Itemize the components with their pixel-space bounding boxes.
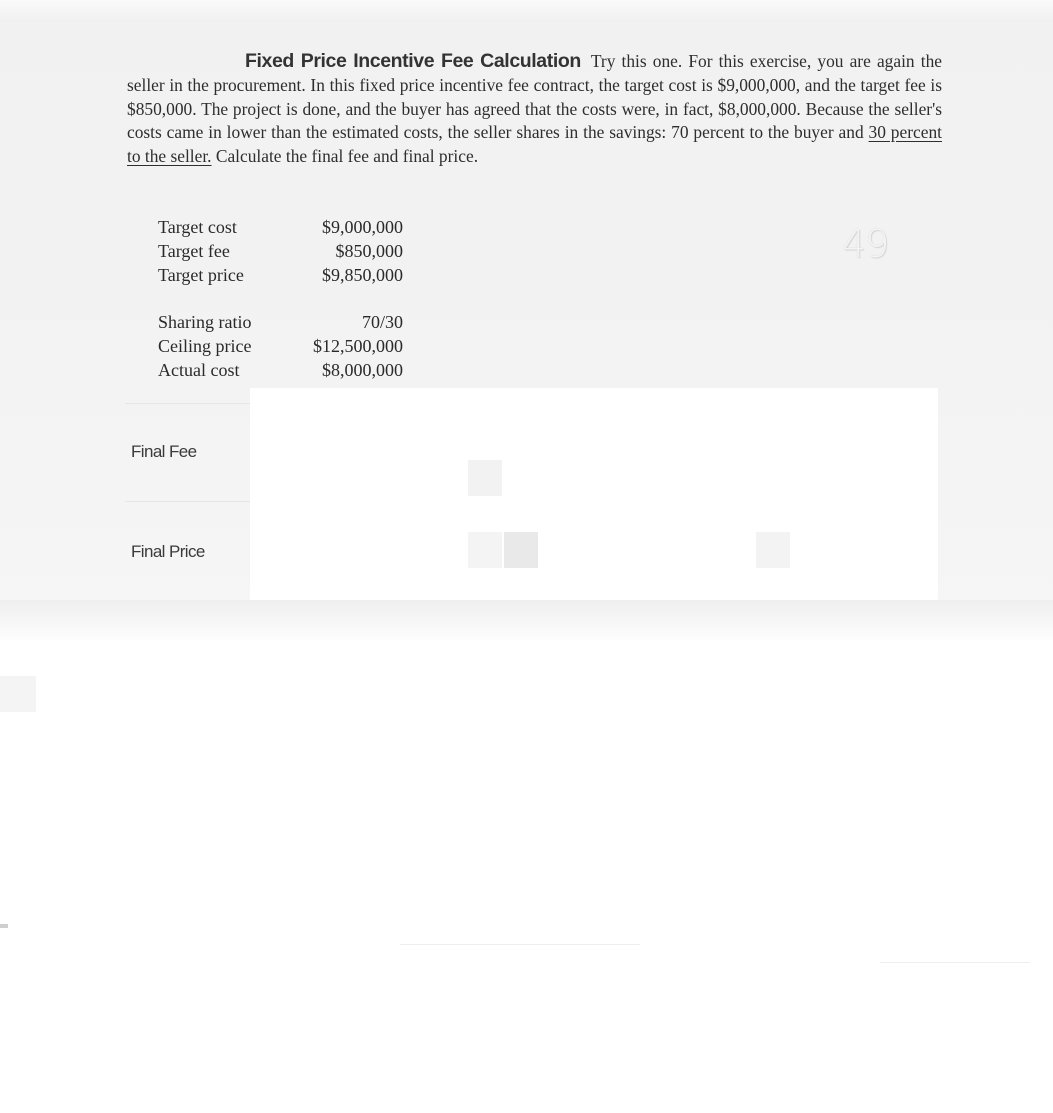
scan-artifact [468,532,502,568]
table-row: Target cost $9,000,000 [158,215,403,239]
scan-bottom-edge [0,600,1053,640]
table-row: Actual cost $8,000,000 [158,358,403,382]
divider-line [400,944,640,945]
table-row: Ceiling price $12,500,000 [158,334,403,358]
final-price-label: Final Price [131,542,205,562]
answer-area[interactable] [250,388,938,603]
actual-cost-label: Actual cost [158,358,298,382]
divider-line [125,403,250,404]
table-row: Target fee $850,000 [158,239,403,263]
target-cost-label: Target cost [158,215,298,239]
scan-top-edge [0,0,1053,22]
target-cost-value: $9,000,000 [298,215,403,239]
scan-artifact [756,532,790,568]
page-number: 49 [842,222,888,266]
target-fee-label: Target fee [158,239,298,263]
final-fee-label: Final Fee [131,442,196,462]
sharing-ratio-label: Sharing ratio [158,310,298,334]
sharing-ratio-value: 70/30 [298,310,403,334]
actual-cost-value: $8,000,000 [298,358,403,382]
target-price-value: $9,850,000 [298,263,403,287]
scan-artifact [504,532,538,568]
table-row: Target price $9,850,000 [158,263,403,287]
ceiling-price-value: $12,500,000 [298,334,403,358]
ceiling-price-label: Ceiling price [158,334,298,358]
exercise-heading: Fixed Price Incentive Fee Calculation [245,50,581,72]
exercise-instruction: Calculate the final fee and final price. [212,146,479,166]
scan-artifact [468,460,502,496]
divider-line [880,962,1030,963]
contract-terms-table: Sharing ratio 70/30 Ceiling price $12,50… [158,310,403,382]
divider-line [125,501,250,502]
target-fee-value: $850,000 [298,239,403,263]
exercise-paragraph: Fixed Price Incentive Fee CalculationTry… [127,50,942,168]
table-row: Sharing ratio 70/30 [158,310,403,334]
target-values-table: Target cost $9,000,000 Target fee $850,0… [158,215,403,287]
scan-artifact [0,924,8,928]
scan-artifact [0,676,36,712]
target-price-label: Target price [158,263,298,287]
